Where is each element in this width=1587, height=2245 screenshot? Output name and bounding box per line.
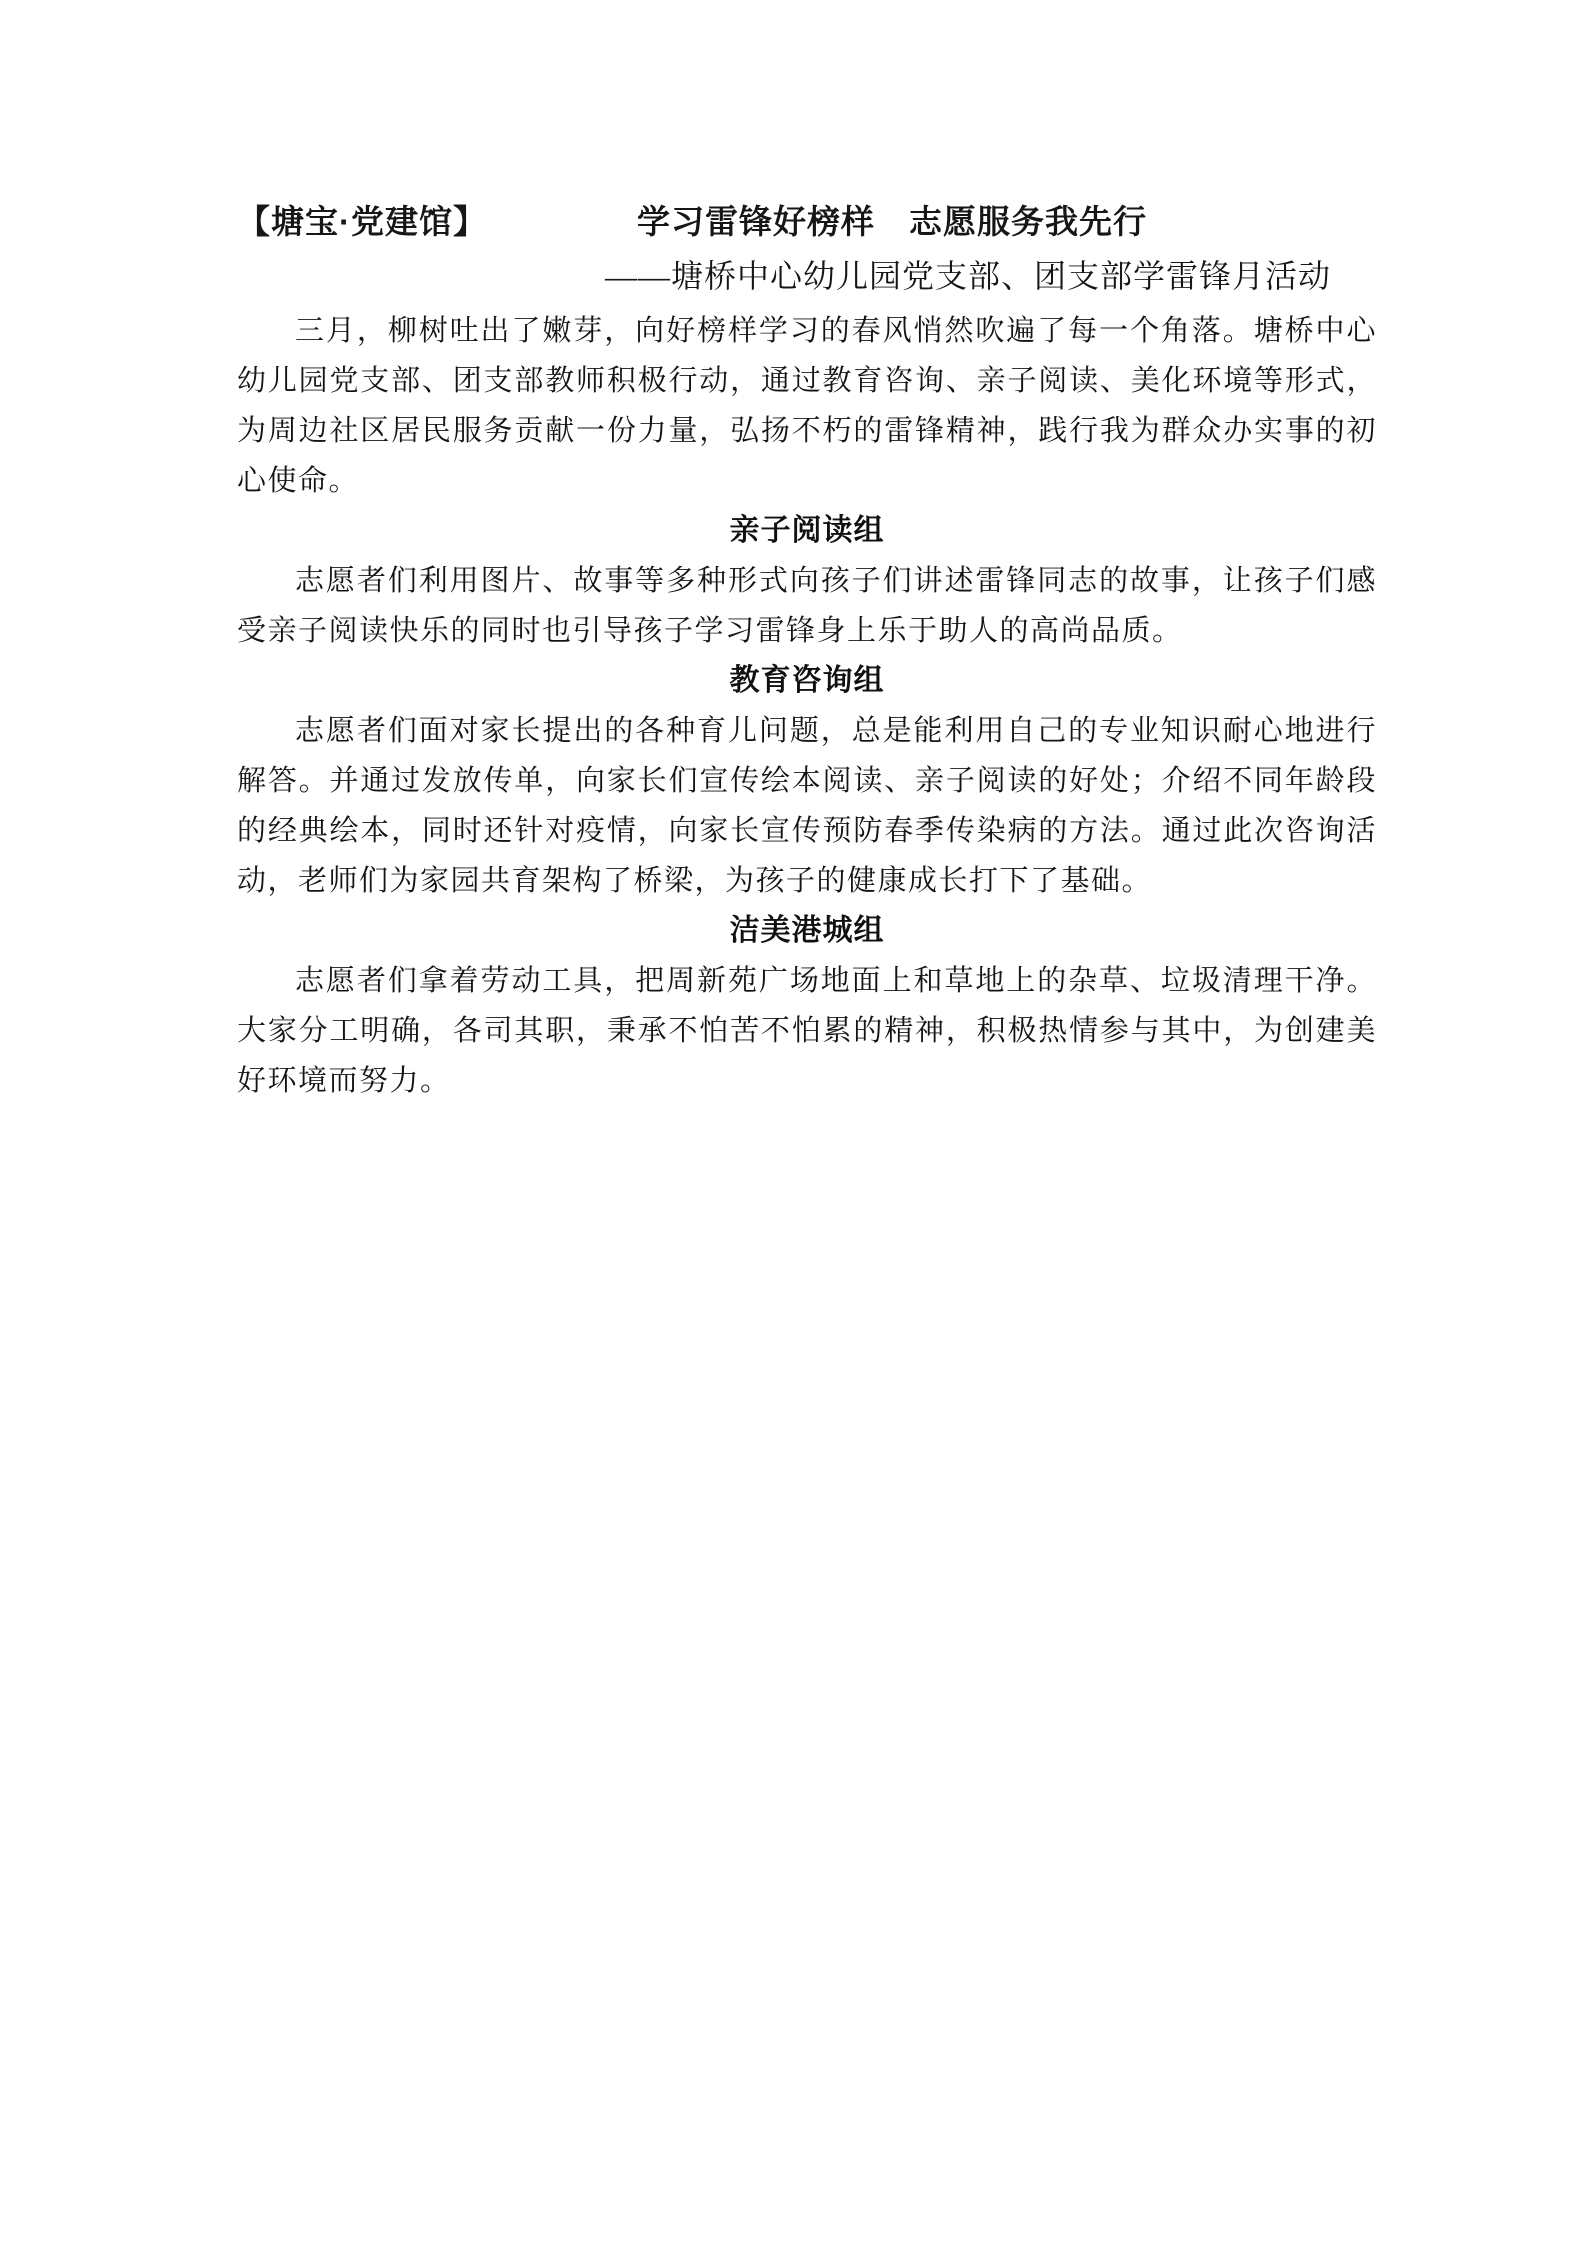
intro-paragraph: 三月，柳树吐出了嫩芽，向好榜样学习的春风悄然吹遍了每一个角落。塘桥中心幼儿园党支…: [237, 306, 1377, 506]
column-badge: 【塘宝·党建馆】: [237, 196, 487, 248]
document-content: 【塘宝·党建馆】 学习雷锋好榜样 志愿服务我先行 ——塘桥中心幼儿园党支部、团支…: [237, 196, 1377, 1106]
section-paragraph-education-consulting: 志愿者们面对家长提出的各种育儿问题，总是能利用自己的专业知识耐心地进行解答。并通…: [237, 706, 1377, 906]
section-heading-parent-child-reading: 亲子阅读组: [237, 506, 1377, 556]
section-heading-education-consulting: 教育咨询组: [237, 656, 1377, 706]
subtitle: ——塘桥中心幼儿园党支部、团支部学雷锋月活动: [237, 248, 1377, 304]
section-heading-clean-city: 洁美港城组: [237, 906, 1377, 956]
section-paragraph-clean-city: 志愿者们拿着劳动工具，把周新苑广场地面上和草地上的杂草、垃圾清理干净。大家分工明…: [237, 956, 1377, 1106]
section-paragraph-parent-child-reading: 志愿者们利用图片、故事等多种形式向孩子们讲述雷锋同志的故事，让孩子们感受亲子阅读…: [237, 556, 1377, 656]
page-title: 学习雷锋好榜样 志愿服务我先行: [637, 196, 1147, 248]
headline-line: 【塘宝·党建馆】 学习雷锋好榜样 志愿服务我先行: [237, 196, 1377, 248]
document-page: 【塘宝·党建馆】 学习雷锋好榜样 志愿服务我先行 ——塘桥中心幼儿园党支部、团支…: [0, 0, 1587, 2245]
